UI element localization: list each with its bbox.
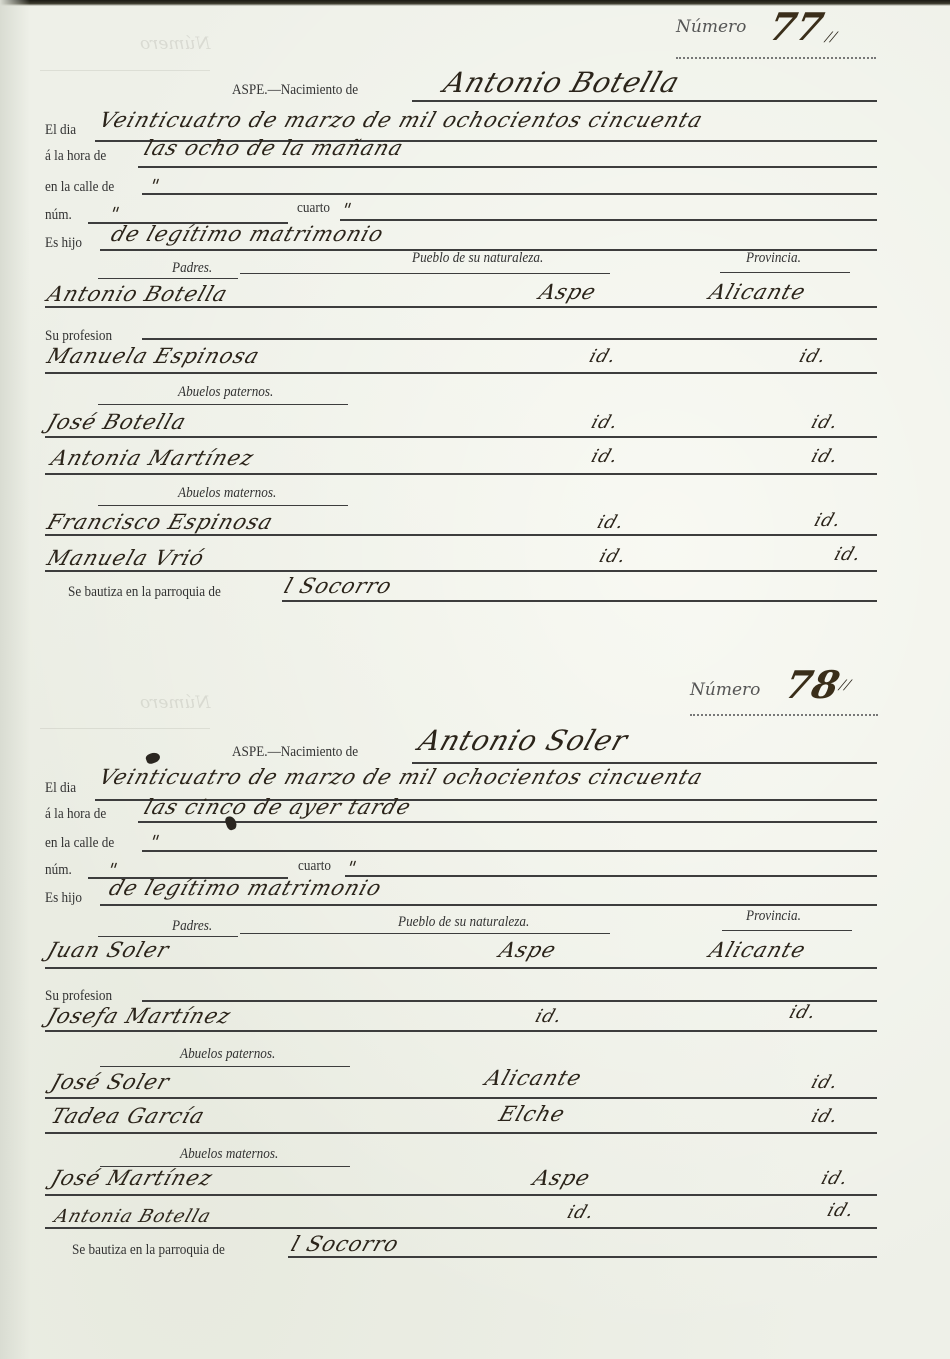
child-name-rule [412,100,877,102]
abuela-paterna-name: Tadea García [48,1104,208,1128]
abuelos-paternos-rule [100,1066,350,1067]
abuela-paterna-name: Antonia Martínez [48,446,257,470]
cuarto-label: cuarto [298,858,331,875]
cuarto-label: cuarto [297,200,330,217]
padre-rule [45,967,877,969]
parroquia-rule [282,600,877,602]
padre-provincia: Alicante [706,938,809,962]
abuela-materna-provincia: id. [825,1200,858,1221]
abuelos-paternos-header: Abuelos paternos. [180,1046,275,1063]
abuelo-materno-provincia: id. [819,1168,852,1189]
profesion-label: Su profesion [45,328,112,345]
madre-pueblo: id. [533,1006,566,1027]
abuelos-maternos-header: Abuelos maternos. [180,1146,278,1163]
child-name: Antonio Botella [440,66,685,99]
bleed-through-numero-2: Número [140,693,210,713]
child-name: Antonio Soler [415,724,633,757]
numero-suffix: // [838,678,854,693]
calle-label: en la calle de [45,179,114,196]
abuelos-maternos-header: Abuelos maternos. [178,485,276,502]
birth-hour-rule [138,166,877,168]
madre-rule [45,372,877,374]
madre-pueblo: id. [587,346,620,367]
abuelo-paterno-1-provincia: id. [809,1072,842,1093]
padre-name: Antonio Botella [44,282,231,306]
hora-label: á la hora de [45,806,106,823]
abuelo-paterno-1-rule [45,1097,877,1099]
numero-value: 77 [765,4,827,49]
madre-provincia: id. [797,346,830,367]
abuelo-paterno-1-pueblo: id. [589,412,622,433]
hora-label: á la hora de [45,148,106,165]
provincia-header-rule [720,272,850,273]
bleed-through-rule [40,70,210,71]
dia-label: El dia [45,780,76,797]
abuela-materna-rule [45,1227,877,1229]
abuelo-materno-rule [45,534,877,536]
abuela-materna-name: Antonia Botella [52,1206,214,1227]
abuela-materna-rule [45,570,877,572]
pueblo-header: Pueblo de su naturaleza. [398,914,529,931]
bleed-through-rule-2 [40,728,210,729]
abuelo-materno-rule [45,1194,877,1196]
padre-pueblo: Aspe [536,280,600,304]
abuela-materna-pueblo: id. [565,1202,598,1223]
num-label: núm. [45,862,72,879]
abuela-paterna-pueblo: Elche [496,1102,569,1126]
birth-hour: las cinco de ayer tarde [141,795,415,819]
padres-header: Padres. [172,918,212,935]
abuelos-paternos-rule [98,404,348,405]
birth-date: Veinticuatro de marzo de mil ochocientos… [96,108,706,132]
abuelo-paterno-1-provincia: id. [809,412,842,433]
abuelo-paterno-1-rule [45,436,877,438]
numero-rule [690,714,878,716]
parroquia-rule [288,1256,877,1258]
abuelo-materno-provincia: id. [812,510,845,531]
abuelos-paternos-header: Abuelos paternos. [178,384,273,401]
bleed-through-numero: Número [140,34,210,54]
abuelo-materno-name: José Martínez [48,1166,216,1190]
abuelo-paterno-1-name: José Soler [48,1070,173,1094]
padre-name: Juan Soler [44,938,173,962]
birth-hour: las ocho de la mañana [141,136,407,160]
street-rule [142,193,877,195]
abuela-materna-provincia: id. [832,544,865,565]
abuela-paterna-rule [45,1132,877,1134]
child-name-rule [412,762,877,764]
ink-blot [145,751,162,765]
padre-provincia: Alicante [706,280,809,304]
profesion-rule [142,1000,877,1002]
abuelo-paterno-1-pueblo: Alicante [482,1066,585,1090]
padre-rule [45,306,877,308]
calle-label: en la calle de [45,835,114,852]
numero-label: Número [676,17,746,37]
madre-name: Josefa Martínez [44,1004,234,1028]
cuarto-rule [345,875,877,877]
provincia-header: Provincia. [746,250,801,267]
padres-header: Padres. [172,260,212,277]
profesion-rule [142,338,877,340]
abuela-paterna-provincia: id. [809,446,842,467]
abuelos-maternos-rule [98,505,348,506]
parroquia-value: l Socorro [281,574,395,598]
abuela-paterna-pueblo: id. [589,446,622,467]
padres-header-rule [98,936,238,937]
abuelo-materno-pueblo: id. [595,512,628,533]
cuarto-rule [340,219,877,221]
abuelo-materno-pueblo: Aspe [530,1166,594,1190]
es-hijo-label: Es hijo [45,890,82,907]
abuelo-materno-name: Francisco Espinosa [44,510,277,534]
madre-name: Manuela Espinosa [44,344,263,368]
numero-value: 78 [781,662,843,707]
es-hijo-label: Es hijo [45,235,82,252]
bautiza-label: Se bautiza en la parroquia de [68,584,221,601]
num-label: núm. [45,207,72,224]
numero-label: Número [690,680,760,700]
profesion-label: Su profesion [45,988,112,1005]
abuela-materna-pueblo: id. [597,546,630,567]
padre-pueblo: Aspe [496,938,560,962]
pueblo-header-rule [240,273,610,274]
bautiza-label: Se bautiza en la parroquia de [72,1242,225,1259]
es-hijo-rule [100,904,877,906]
document-page: Número Número Número 77 // ASPE.—Nacimie… [0,0,950,1359]
provincia-header: Provincia. [746,908,801,925]
madre-provincia: id. [787,1002,820,1023]
provincia-header-rule [722,930,852,931]
madre-rule [45,1030,877,1032]
padres-header-rule [98,278,238,279]
abuela-paterna-rule [45,473,877,475]
abuelo-paterno-1-name: José Botella [44,410,190,434]
street-rule [142,850,877,852]
pueblo-header-rule [240,933,610,934]
es-hijo-value: de legítimo matrimonio [106,876,385,900]
numero-suffix: // [824,30,840,45]
parroquia-value: l Socorro [288,1232,402,1256]
abuela-paterna-provincia: id. [809,1106,842,1127]
es-hijo-value: de legítimo matrimonio [108,222,387,246]
abuela-materna-name: Manuela Vrió [44,546,208,570]
birth-date: Veinticuatro de marzo de mil ochocientos… [96,765,706,789]
cuarto-value: " [339,200,355,221]
birth-hour-rule [138,821,877,823]
nacimiento-label: ASPE.—Nacimiento de [232,82,358,99]
nacimiento-label: ASPE.—Nacimiento de [232,744,358,761]
binding-shadow [0,0,30,1359]
dia-label: El dia [45,122,76,139]
numero-rule [676,57,876,59]
pueblo-header: Pueblo de su naturaleza. [412,250,543,267]
